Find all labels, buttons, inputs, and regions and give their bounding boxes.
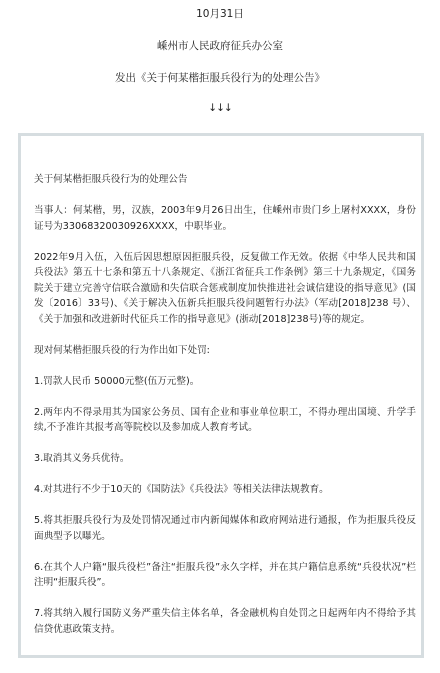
penalty-item: 7.将其纳入履行国防义务严重失信主体名单，各金融机构自处罚之日起两年内不得给予其… — [34, 606, 416, 637]
notice-box: 关于何某楷拒服兵役行为的处理公告 当事人：何某楷，男，汉族，2003年9月26日… — [18, 133, 424, 658]
penalty-item: 2.两年内不得录用其为国家公务员、国有企业和事业单位职工，不得办理出国境、升学手… — [34, 405, 416, 436]
issuing-office: 嵊州市人民政府征兵办公室 — [0, 38, 440, 53]
issued-notice-line: 发出《关于何某楷拒服兵役行为的处理公告》 — [0, 70, 440, 85]
notice-facts: 2022年9月入伍，入伍后因思想原因拒服兵役，反复做工作无效。依据《中华人民共和… — [34, 250, 416, 328]
penalty-item: 5.将其拒服兵役行为及处罚情况通过市内新闻媒体和政府网站进行通报，作为拒服兵役反… — [34, 513, 416, 544]
notice-content: 关于何某楷拒服兵役行为的处理公告 当事人：何某楷，男，汉族，2003年9月26日… — [34, 172, 416, 653]
penalty-item: 3.取消其义务兵优待。 — [34, 451, 416, 467]
post-date: 10月31日 — [0, 6, 440, 21]
notice-party: 当事人：何某楷，男，汉族，2003年9月26日出生，住嵊州市贵门乡上屠村XXXX… — [34, 203, 416, 234]
penalty-item: 6.在其个人户籍“服兵役栏”备注“拒服兵役”永久字样，并在其户籍信息系统“兵役状… — [34, 560, 416, 591]
penalty-item: 4.对其进行不少于10天的《国防法》《兵役法》等相关法律法规教育。 — [34, 482, 416, 498]
notice-title: 关于何某楷拒服兵役行为的处理公告 — [34, 172, 416, 188]
penalty-item: 1.罚款人民币 50000元整(伍万元整)。 — [34, 374, 416, 390]
down-arrows-icon: ↓↓↓ — [0, 102, 440, 114]
notice-intro: 现对何某楷拒服兵役的行为作出如下处罚: — [34, 343, 416, 359]
